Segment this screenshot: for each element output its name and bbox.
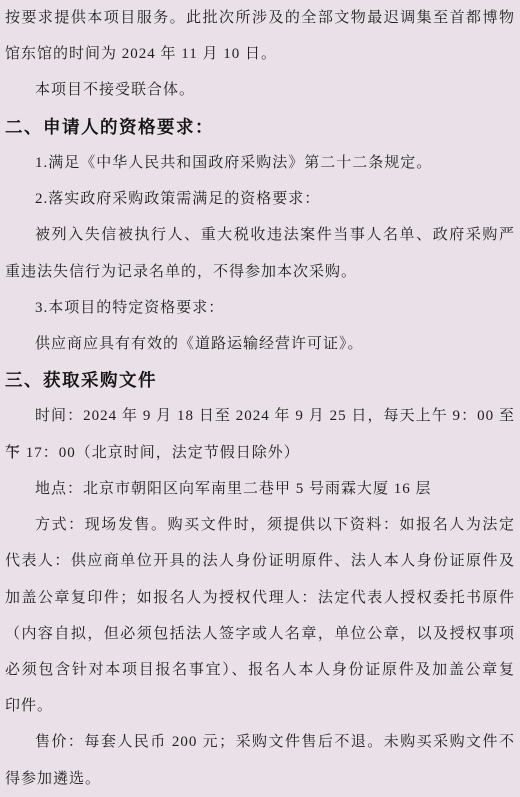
paragraph-price: 售价：每套人民币 200 元；采购文件售后不退。未购买采购文件不 得参加遴选。 xyxy=(5,724,515,796)
text-line: 必须包含针对本项目报名事宜）、报名人本人身份证原件及加盖公章复 xyxy=(5,652,515,688)
paragraph-method: 方式：现场发售。购买文件时，须提供以下资料：如报名人为法定 代表人：供应商单位开… xyxy=(5,507,515,724)
text-line: 2.落实政府采购政策需满足的资格要求： xyxy=(5,181,515,217)
paragraph-no-consortium: 本项目不接受联合体。 xyxy=(5,72,515,108)
section-heading-obtain-procurement-documents: 三、获取采购文件 xyxy=(5,362,515,398)
text-line: 重违法失信行为记录名单的，不得参加本次采购。 xyxy=(5,254,515,290)
text-line: 时间：2024 年 9 月 18 日至 2024 年 9 月 25 日，每天上午… xyxy=(5,398,515,434)
text-line: 印件。 xyxy=(5,688,515,724)
text-line: 地点：北京市朝阳区向军南里二巷甲 5 号雨霖大厦 16 层 xyxy=(5,471,515,507)
text-line: 得参加遴选。 xyxy=(5,761,515,797)
text-line: 供应商应具有有效的《道路运输经营许可证》。 xyxy=(5,326,515,362)
paragraph-time: 时间：2024 年 9 月 18 日至 2024 年 9 月 25 日，每天上午… xyxy=(5,398,515,470)
text-line: 3.本项目的特定资格要求： xyxy=(5,290,515,326)
text-line: 馆东馆的时间为 2024 年 11 月 10 日。 xyxy=(5,36,515,72)
text-line: 售价：每套人民币 200 元；采购文件售后不退。未购买采购文件不 xyxy=(5,724,515,760)
text-line: 本项目不接受联合体。 xyxy=(5,72,515,108)
text-line: 1.满足《中华人民共和国政府采购法》第二十二条规定。 xyxy=(5,145,515,181)
text-line: 午 17：00（北京时间，法定节假日除外） xyxy=(5,435,515,471)
text-line: 加盖公章复印件；如报名人为授权代理人：法定代表人授权委托书原件 xyxy=(5,580,515,616)
paragraph-item-1: 1.满足《中华人民共和国政府采购法》第二十二条规定。 xyxy=(5,145,515,181)
text-line: 方式：现场发售。购买文件时，须提供以下资料：如报名人为法定 xyxy=(5,507,515,543)
document-page: 按要求提供本项目服务。此批次所涉及的全部文物最迟调集至首都博物 馆东馆的时间为 … xyxy=(0,0,520,797)
paragraph-license-requirement: 供应商应具有有效的《道路运输经营许可证》。 xyxy=(5,326,515,362)
text-line: （内容自拟，但必须包括法人签字或人名章，单位公章，以及授权事项 xyxy=(5,616,515,652)
section-heading-applicant-qualifications: 二、申请人的资格要求： xyxy=(5,109,515,145)
text-line: 代表人：供应商单位开具的法人身份证明原件、法人本人身份证原件及 xyxy=(5,543,515,579)
text-line: 按要求提供本项目服务。此批次所涉及的全部文物最迟调集至首都博物 xyxy=(5,0,515,36)
text-line: 被列入失信被执行人、重大税收违法案件当事人名单、政府采购严 xyxy=(5,217,515,253)
paragraph-item-2: 2.落实政府采购政策需满足的资格要求： xyxy=(5,181,515,217)
paragraph-location: 地点：北京市朝阳区向军南里二巷甲 5 号雨霖大厦 16 层 xyxy=(5,471,515,507)
paragraph-intro: 按要求提供本项目服务。此批次所涉及的全部文物最迟调集至首都博物 馆东馆的时间为 … xyxy=(5,0,515,72)
paragraph-blacklist-restriction: 被列入失信被执行人、重大税收违法案件当事人名单、政府采购严 重违法失信行为记录名… xyxy=(5,217,515,289)
paragraph-item-3: 3.本项目的特定资格要求： xyxy=(5,290,515,326)
